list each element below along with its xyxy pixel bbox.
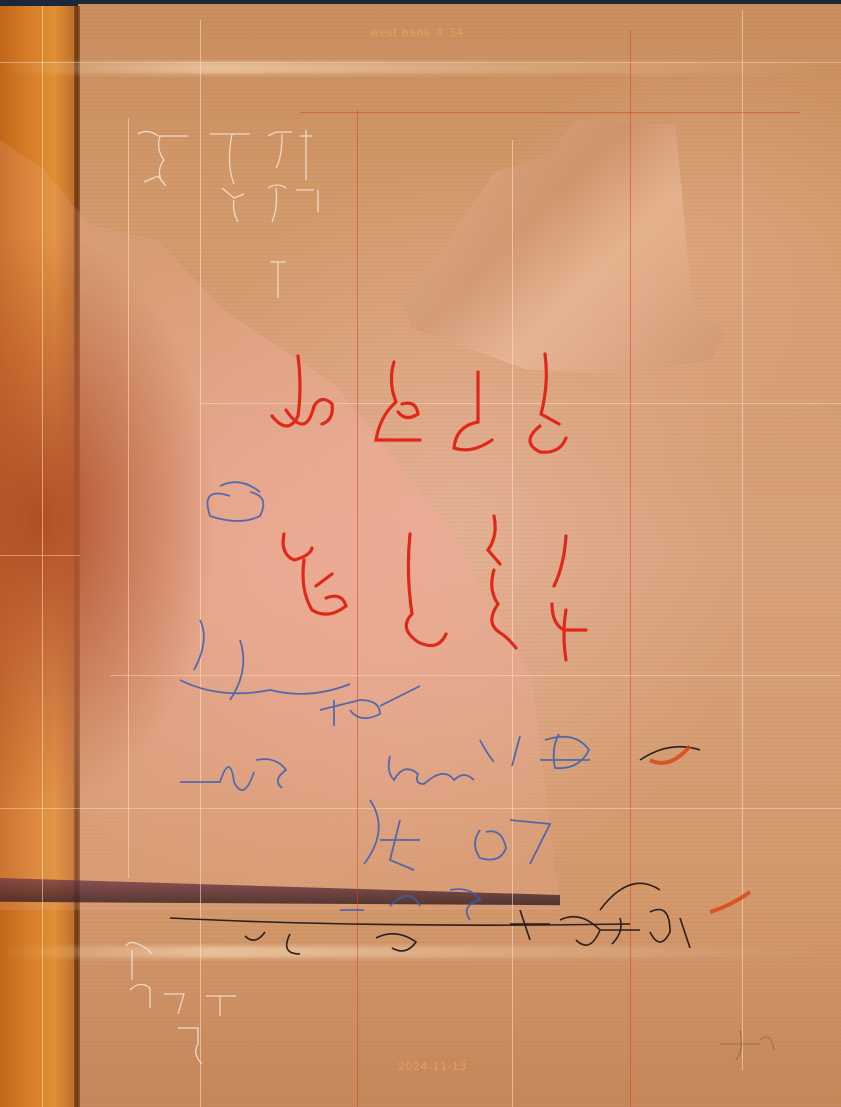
blue-glyph-block xyxy=(180,482,590,920)
black-glyph-line xyxy=(170,747,700,954)
ink-marks xyxy=(0,0,841,1107)
white-chalk-glyphs-top-left xyxy=(138,130,318,298)
artwork-date: 2024-11-13 xyxy=(398,1060,467,1073)
red-glyph-row-2 xyxy=(283,516,586,660)
artwork-title: west bank # 34 xyxy=(370,26,464,39)
red-smear xyxy=(650,746,750,912)
white-chalk-glyphs-bottom-left xyxy=(126,942,236,1064)
faint-pencil-glyph xyxy=(720,1030,774,1060)
artwork-canvas: west bank # 34 2024-11-13 xyxy=(0,0,841,1107)
red-glyph-row-1 xyxy=(272,354,566,452)
